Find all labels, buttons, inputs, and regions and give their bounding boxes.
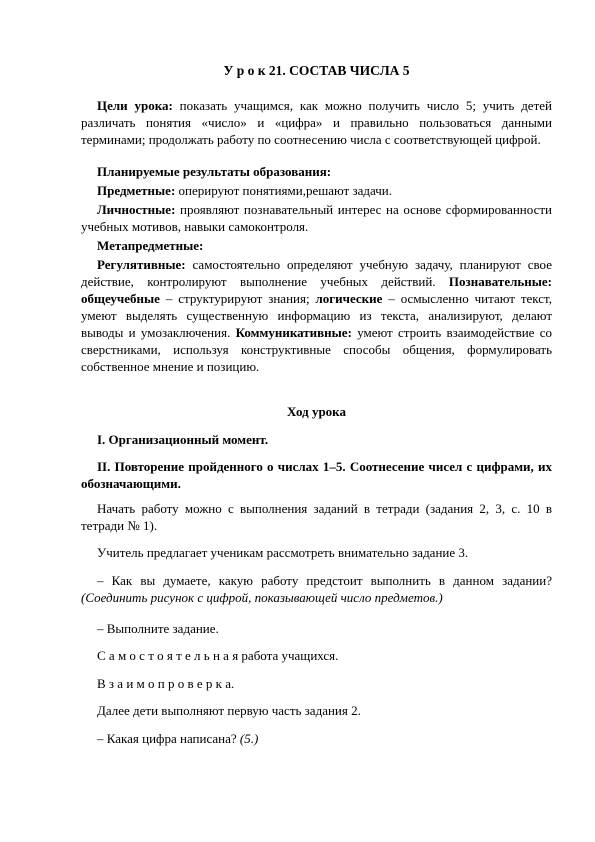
question2-answer: (5.) bbox=[240, 731, 258, 746]
teacher-paragraph: Учитель предлагает ученикам рассмотреть … bbox=[81, 544, 552, 561]
question1-answer: (Соединить рисунок с цифрой, показывающе… bbox=[81, 590, 443, 605]
selfwork-paragraph: С а м о с т о я т е л ь н а я работа уча… bbox=[81, 647, 552, 664]
communicative-label: Коммуникативные: bbox=[236, 325, 352, 340]
cognitive-term-1: общеучебные bbox=[81, 291, 160, 306]
metasubject-results-paragraph: Регулятивные: самостоятельно определяют … bbox=[81, 256, 552, 375]
do-task-paragraph: – Выполните задание. bbox=[81, 620, 552, 637]
goals-label: Цели урока: bbox=[97, 98, 173, 113]
lesson-title: У р о к 21. СОСТАВ ЧИСЛА 5 bbox=[81, 62, 552, 79]
subject-results-text: оперируют понятиями,решают задачи. bbox=[175, 183, 392, 198]
cognitive-text-1: – структурируют знания; bbox=[160, 291, 316, 306]
subject-results-paragraph: Предметные: оперируют понятиями,решают з… bbox=[81, 182, 552, 199]
question1-text: – Как вы думаете, какую работу предстоит… bbox=[97, 573, 552, 588]
cognitive-label: Познавательные: bbox=[449, 274, 552, 289]
cognitive-term-2: логические bbox=[315, 291, 382, 306]
question1-paragraph: – Как вы думаете, какую работу предстоит… bbox=[81, 572, 552, 606]
selfwork-spaced: С а м о с т о я т е л ь н а я bbox=[97, 648, 238, 663]
selfwork-rest: работа учащихся. bbox=[238, 648, 338, 663]
question2-text: – Какая цифра написана? bbox=[97, 731, 240, 746]
goals-paragraph: Цели урока: показать учащимся, как можно… bbox=[81, 97, 552, 148]
subject-results-label: Предметные: bbox=[97, 183, 175, 198]
question2-paragraph: – Какая цифра написана? (5.) bbox=[81, 730, 552, 747]
personal-results-paragraph: Личностные: проявляют познавательный инт… bbox=[81, 201, 552, 235]
mutual-check-paragraph: В з а и м о п р о в е р к а. bbox=[81, 675, 552, 692]
metasubject-heading: Метапредметные: bbox=[81, 237, 552, 254]
planned-results-heading: Планируемые результаты образования: bbox=[81, 163, 552, 180]
regulative-label: Регулятивные: bbox=[97, 257, 186, 272]
section2-heading: II. Повторение пройденного о числах 1–5.… bbox=[81, 458, 552, 492]
course-heading: Ход урока bbox=[81, 403, 552, 420]
next-paragraph: Далее дети выполняют первую часть задани… bbox=[81, 702, 552, 719]
document-page: У р о к 21. СОСТАВ ЧИСЛА 5 Цели урока: п… bbox=[0, 0, 595, 842]
start-paragraph: Начать работу можно с выполнения заданий… bbox=[81, 500, 552, 534]
section1-heading: I. Организационный момент. bbox=[81, 431, 552, 448]
personal-results-label: Личностные: bbox=[97, 202, 175, 217]
